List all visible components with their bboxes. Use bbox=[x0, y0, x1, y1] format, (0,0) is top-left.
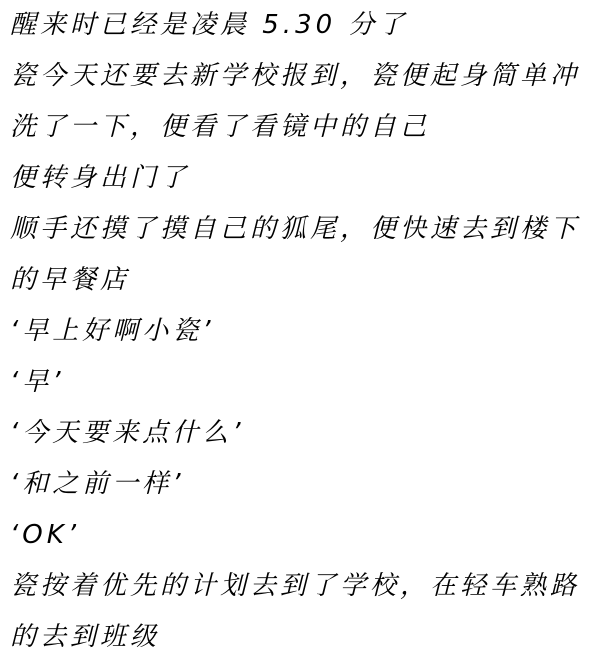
story-line-8-dialogue: ‘早’ bbox=[10, 357, 605, 408]
story-line-12: 瓷按着优先的计划去到了学校，在轻车熟路 bbox=[10, 561, 605, 612]
story-line-5: 顺手还摸了摸自己的狐尾，便快速去到楼下 bbox=[10, 204, 605, 255]
story-line-1: 醒来时已经是凌晨 5.30 分了 bbox=[10, 0, 605, 51]
story-line-7-dialogue: ‘早上好啊小瓷’ bbox=[10, 306, 605, 357]
story-line-4: 便转身出门了 bbox=[10, 153, 605, 204]
story-line-6: 的早餐店 bbox=[10, 255, 605, 306]
story-line-11-dialogue: ‘OK’ bbox=[10, 510, 605, 561]
story-line-10-dialogue: ‘和之前一样’ bbox=[10, 459, 605, 510]
story-line-3: 洗了一下，便看了看镜中的自己 bbox=[10, 102, 605, 153]
document-page: 醒来时已经是凌晨 5.30 分了 瓷今天还要去新学校报到，瓷便起身简单冲 洗了一… bbox=[0, 0, 611, 660]
story-line-13: 的去到班级 bbox=[10, 612, 605, 660]
story-line-9-dialogue: ‘今天要来点什么’ bbox=[10, 408, 605, 459]
story-line-2: 瓷今天还要去新学校报到，瓷便起身简单冲 bbox=[10, 51, 605, 102]
